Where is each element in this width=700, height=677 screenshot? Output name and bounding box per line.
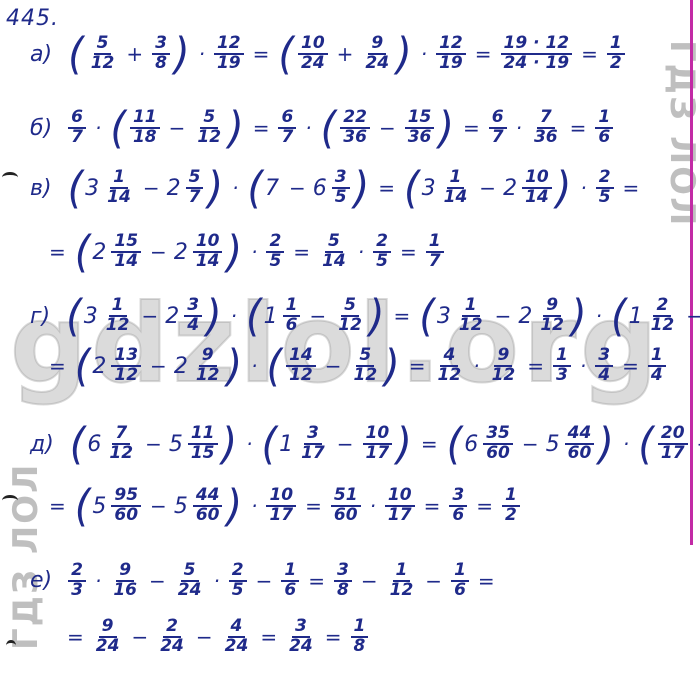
denominator: 12: [537, 317, 567, 335]
denominator: 24: [286, 638, 316, 656]
operator: ·: [305, 116, 311, 140]
denominator: 3: [68, 582, 86, 600]
part-label: в): [30, 176, 52, 201]
fraction: 512: [349, 347, 383, 385]
denominator: 60: [483, 445, 513, 463]
whole-part: 2: [92, 240, 106, 265]
hole-punch-mark: [2, 495, 18, 506]
operator: −: [131, 625, 148, 649]
fraction: 3114: [85, 169, 136, 207]
operator: −: [425, 569, 442, 593]
parenthesis: ): [174, 32, 190, 76]
operator: ·: [580, 354, 586, 378]
numerator: 3: [334, 562, 352, 582]
parenthesis: ): [206, 294, 222, 338]
fraction: 54460: [174, 487, 225, 525]
fraction: 1017: [361, 425, 395, 463]
part-e-line-2: =924−224−424=324=18: [60, 618, 370, 656]
fraction: 2017: [656, 425, 690, 463]
operator: =: [424, 494, 441, 518]
parenthesis: ): [222, 422, 238, 466]
fraction: 924: [91, 618, 125, 656]
denominator: 36: [405, 129, 435, 147]
whole-part: 2: [174, 354, 188, 379]
denominator: 60: [565, 445, 595, 463]
fraction: 21014: [503, 169, 554, 207]
parenthesis: (: [266, 344, 282, 388]
whole-part: 2: [503, 176, 517, 201]
operator: −: [361, 569, 378, 593]
parenthesis: ): [396, 422, 412, 466]
denominator: 24: [93, 638, 123, 656]
denominator: 17: [363, 445, 393, 463]
operator: ·: [246, 432, 252, 456]
parenthesis: (: [66, 294, 82, 338]
denominator: 4: [595, 367, 613, 385]
numerator: 2: [68, 562, 86, 582]
denominator: 7: [489, 129, 507, 147]
parenthesis: (: [404, 166, 420, 210]
denominator: 14: [441, 189, 471, 207]
numerator: 1: [281, 562, 299, 582]
whole-part: 2: [174, 240, 188, 265]
number: 7: [265, 176, 279, 201]
denominator: 17: [298, 445, 328, 463]
parenthesis: ): [369, 294, 385, 338]
denominator: 2: [607, 55, 625, 73]
fraction: 1412: [284, 347, 318, 385]
fraction: 67: [276, 109, 298, 147]
fraction: 25: [264, 233, 286, 271]
watermark-right-vertical: ГДЗ ЛОЛ: [662, 40, 700, 227]
fraction: 16: [449, 562, 471, 600]
whole-part: 1: [264, 304, 278, 329]
operator: =: [67, 625, 84, 649]
fraction: 12: [605, 35, 627, 73]
numerator: 2: [163, 618, 181, 638]
operator: −: [522, 432, 539, 456]
denominator: 12: [335, 317, 365, 335]
fraction: 13: [551, 347, 573, 385]
fraction: 512: [86, 35, 120, 73]
denominator: 24: [175, 582, 205, 600]
operator: =: [308, 569, 325, 593]
hole-punch-mark: [2, 172, 18, 183]
operator: ·: [95, 116, 101, 140]
denominator: 24: [157, 638, 187, 656]
whole-part: 2: [518, 304, 532, 329]
whole-part: 2: [165, 304, 179, 329]
fraction: 16: [593, 109, 615, 147]
watermark-left-vertical: ГДЗ ЛОЛ: [6, 463, 46, 650]
operator: =: [293, 240, 310, 264]
parenthesis: (: [75, 484, 91, 528]
parenthesis: (: [68, 166, 84, 210]
denominator: 12: [103, 317, 133, 335]
fraction: 3114: [422, 169, 473, 207]
part-d-line-1: д)(6712−51115)·(1317−1017)=(63560−54460)…: [30, 424, 700, 464]
fraction: 54460: [546, 425, 597, 463]
whole-part: 3: [422, 176, 436, 201]
whole-part: 6: [87, 432, 101, 457]
denominator: 12: [88, 55, 118, 73]
operator: ·: [421, 42, 427, 66]
operator: =: [421, 432, 438, 456]
parenthesis: ): [226, 484, 242, 528]
denominator: 7: [186, 189, 204, 207]
part-g-line-2: =(21312−2912)·(1412−512)=412·912=13·34=1…: [42, 346, 668, 386]
denominator: 16: [110, 582, 140, 600]
part-label: д): [30, 432, 54, 457]
whole-part: 6: [313, 176, 327, 201]
operator: =: [570, 116, 587, 140]
part-label: е): [30, 568, 52, 593]
fraction: 16: [279, 562, 301, 600]
hole-punch-mark: [6, 640, 16, 651]
operator: ·: [596, 304, 602, 328]
numerator: 9: [99, 618, 117, 638]
denominator: 24: [362, 55, 392, 73]
fraction: 18: [349, 618, 371, 656]
fraction: 916: [108, 562, 142, 600]
denominator: 5: [332, 189, 350, 207]
denominator: 12: [435, 367, 465, 385]
part-label: г): [30, 304, 50, 329]
fraction: 21514: [92, 233, 143, 271]
operator: −: [150, 240, 167, 264]
fraction: 1017: [383, 487, 417, 525]
fraction: 257: [167, 169, 206, 207]
fraction: 5160: [329, 487, 363, 525]
denominator: 7: [278, 129, 296, 147]
whole-part: 1: [629, 304, 643, 329]
operator: −: [141, 304, 158, 328]
parenthesis: ): [571, 294, 587, 338]
operator: =: [305, 494, 322, 518]
numerator: 2: [229, 562, 247, 582]
numerator: 9: [116, 562, 134, 582]
problem-number: 445.: [6, 6, 59, 31]
fraction: 67: [487, 109, 509, 147]
operator: ·: [199, 42, 205, 66]
parenthesis: ): [396, 32, 412, 76]
fraction: 1536: [403, 109, 437, 147]
operator: −: [309, 304, 326, 328]
operator: ·: [473, 354, 479, 378]
denominator: 14: [319, 253, 349, 271]
parenthesis: ): [207, 166, 223, 210]
denominator: 12: [111, 367, 141, 385]
denominator: 7: [68, 129, 86, 147]
fraction: 2912: [174, 347, 225, 385]
denominator: 14: [193, 253, 223, 271]
operator: ·: [516, 116, 522, 140]
denominator: 60: [331, 507, 361, 525]
denominator: 12: [351, 367, 381, 385]
denominator: 4: [184, 317, 202, 335]
denominator: 18: [130, 129, 160, 147]
operator: −: [479, 176, 496, 200]
operator: ·: [231, 304, 237, 328]
fraction: 912: [487, 347, 521, 385]
operator: =: [400, 240, 417, 264]
whole-part: 3: [437, 304, 451, 329]
fraction: 36: [447, 487, 469, 525]
denominator: 12: [489, 367, 519, 385]
operator: +: [126, 42, 143, 66]
denominator: 14: [522, 189, 552, 207]
operator: ·: [251, 240, 257, 264]
fraction: 21312: [92, 347, 143, 385]
numerator: 5: [181, 562, 199, 582]
denominator: 36: [340, 129, 370, 147]
denominator: 12: [106, 445, 136, 463]
parenthesis: (: [68, 32, 84, 76]
parenthesis: ): [228, 106, 244, 150]
denominator: 5: [373, 253, 391, 271]
fraction: 23: [66, 562, 88, 600]
fraction: 14: [646, 347, 668, 385]
whole-part: 1: [279, 432, 293, 457]
parenthesis: (: [321, 106, 337, 150]
fraction: 635: [313, 169, 352, 207]
fraction: 2236: [338, 109, 372, 147]
fraction: 116: [264, 297, 303, 335]
parenthesis: (: [261, 422, 277, 466]
operator: =: [478, 569, 495, 593]
operator: =: [463, 116, 480, 140]
denominator: 12: [286, 367, 316, 385]
part-g-line-1: г)(3112−234)·(116−512)=(3112−2912)·(1212…: [30, 296, 700, 336]
operator: −: [686, 304, 700, 328]
denominator: 12: [193, 367, 223, 385]
fraction: 21014: [174, 233, 225, 271]
fraction: 1024: [296, 35, 330, 73]
operator: −: [697, 432, 700, 456]
operator: ·: [370, 494, 376, 518]
fraction: 514: [317, 233, 351, 271]
denominator: 6: [595, 129, 613, 147]
part-label: а): [30, 42, 52, 67]
parenthesis: (: [419, 294, 435, 338]
whole-part: 5: [92, 494, 106, 519]
operator: −: [256, 569, 273, 593]
operator: −: [169, 116, 186, 140]
operator: −: [143, 176, 160, 200]
fraction: 38: [332, 562, 354, 600]
fraction: 1118: [128, 109, 162, 147]
fraction: 234: [165, 297, 204, 335]
part-e-line-1: е)23·916−524·25−16=38−112−16=: [30, 562, 502, 600]
fraction: 25: [594, 169, 616, 207]
operator: =: [409, 354, 426, 378]
parenthesis: (: [247, 166, 263, 210]
denominator: 8: [334, 582, 352, 600]
operator: =: [253, 116, 270, 140]
fraction: 112: [385, 562, 419, 600]
parenthesis: (: [638, 422, 654, 466]
operator: =: [394, 304, 411, 328]
denominator: 17: [658, 445, 688, 463]
fraction: 34: [593, 347, 615, 385]
operator: +: [337, 42, 354, 66]
whole-part: 3: [84, 304, 98, 329]
operator: =: [253, 42, 270, 66]
whole-part: 5: [546, 432, 560, 457]
operator: ·: [623, 432, 629, 456]
fraction: 6712: [87, 425, 138, 463]
denominator: 24: [298, 55, 328, 73]
operator: −: [149, 569, 166, 593]
operator: =: [623, 176, 640, 200]
fraction: 25: [371, 233, 393, 271]
operator: −: [337, 432, 354, 456]
operator: −: [196, 625, 213, 649]
fraction: 412: [433, 347, 467, 385]
denominator: 8: [152, 55, 170, 73]
operator: =: [476, 494, 493, 518]
operator: −: [150, 354, 167, 378]
whole-part: 2: [167, 176, 181, 201]
operator: =: [581, 42, 598, 66]
parenthesis: ): [556, 166, 572, 210]
operator: =: [49, 494, 66, 518]
denominator: 60: [111, 507, 141, 525]
parenthesis: (: [70, 422, 86, 466]
fraction: 19 · 1224 · 19: [499, 35, 575, 73]
part-v-line-1: в)(3114−257)·(7−635)=(3114−21014)·25=: [30, 168, 646, 208]
denominator: 14: [104, 189, 134, 207]
operator: ·: [95, 569, 101, 593]
part-d-line-2: =(59560−54460)·1017=5160·1017=36=12: [42, 486, 522, 526]
parenthesis: (: [110, 106, 126, 150]
operator: ·: [358, 240, 364, 264]
denominator: 7: [426, 253, 444, 271]
denominator: 12: [648, 317, 678, 335]
fraction: 1212: [629, 297, 680, 335]
parenthesis: (: [447, 422, 463, 466]
numerator: 1: [451, 562, 469, 582]
part-v-line-2: =(21514−21014)·25=514·25=17: [42, 232, 446, 272]
whole-part: 3: [85, 176, 99, 201]
parenthesis: (: [611, 294, 627, 338]
parenthesis: (: [75, 344, 91, 388]
parenthesis: ): [384, 344, 400, 388]
operator: ·: [213, 569, 219, 593]
part-a-line-1: а)(512+38)·1219=(1024+924)·1219=19 · 122…: [30, 34, 627, 74]
denominator: 36: [531, 129, 561, 147]
operator: =: [325, 625, 342, 649]
fraction: 25: [227, 562, 249, 600]
fraction: 12: [500, 487, 522, 525]
denominator: 15: [188, 445, 218, 463]
denominator: 60: [193, 507, 223, 525]
parenthesis: ): [598, 422, 614, 466]
homework-page: gdzlol.org ГДЗ ЛОЛ ГДЗ ЛОЛ 445. а)(512+3…: [0, 0, 700, 677]
operator: =: [49, 240, 66, 264]
parenthesis: ): [226, 344, 242, 388]
fraction: 924: [360, 35, 394, 73]
denominator: 8: [351, 638, 369, 656]
operator: ·: [251, 354, 257, 378]
fraction: 736: [529, 109, 563, 147]
denominator: 12: [194, 129, 224, 147]
fraction: 59560: [92, 487, 143, 525]
operator: =: [378, 176, 395, 200]
fraction: 324: [284, 618, 318, 656]
denominator: 6: [281, 582, 299, 600]
whole-part: 5: [174, 494, 188, 519]
operator: ·: [580, 176, 586, 200]
operator: ·: [232, 176, 238, 200]
operator: =: [622, 354, 639, 378]
denominator: 24: [222, 638, 252, 656]
whole-part: 6: [464, 432, 478, 457]
fraction: 38: [150, 35, 172, 73]
part-b-line-1: б)67·(1118−512)=67·(2236−1536)=67·736=16: [30, 108, 615, 148]
denominator: 5: [266, 253, 284, 271]
numerator: 4: [228, 618, 246, 638]
operator: −: [150, 494, 167, 518]
parenthesis: ): [354, 166, 370, 210]
denominator: 3: [553, 367, 571, 385]
operator: =: [527, 354, 544, 378]
fraction: 224: [155, 618, 189, 656]
operator: −: [325, 354, 342, 378]
numerator: 1: [393, 562, 411, 582]
denominator: 19: [214, 55, 244, 73]
fraction: 3112: [84, 297, 135, 335]
operator: ·: [251, 494, 257, 518]
denominator: 2: [502, 507, 520, 525]
fraction: 17: [424, 233, 446, 271]
operator: =: [49, 354, 66, 378]
denominator: 6: [449, 507, 467, 525]
denominator: 17: [266, 507, 296, 525]
fraction: 63560: [464, 425, 515, 463]
fraction: 1017: [264, 487, 298, 525]
parenthesis: (: [75, 230, 91, 274]
operator: −: [145, 432, 162, 456]
operator: =: [475, 42, 492, 66]
parenthesis: ): [226, 230, 242, 274]
operator: =: [260, 625, 277, 649]
fraction: 524: [173, 562, 207, 600]
whole-part: 2: [92, 354, 106, 379]
denominator: 24 · 19: [501, 55, 573, 73]
denominator: 4: [648, 367, 666, 385]
denominator: 6: [451, 582, 469, 600]
parenthesis: (: [278, 32, 294, 76]
parenthesis: ): [438, 106, 454, 150]
denominator: 6: [283, 317, 301, 335]
denominator: 19: [436, 55, 466, 73]
fraction: 424: [220, 618, 254, 656]
denominator: 12: [387, 582, 417, 600]
parenthesis: (: [246, 294, 262, 338]
fraction: 51115: [169, 425, 220, 463]
numerator: 3: [292, 618, 310, 638]
fraction: 67: [66, 109, 88, 147]
denominator: 5: [229, 582, 247, 600]
operator: −: [379, 116, 396, 140]
fraction: 2912: [518, 297, 569, 335]
fraction: 3112: [437, 297, 488, 335]
denominator: 5: [596, 189, 614, 207]
denominator: 14: [111, 253, 141, 271]
fraction: 1317: [279, 425, 330, 463]
whole-part: 5: [169, 432, 183, 457]
